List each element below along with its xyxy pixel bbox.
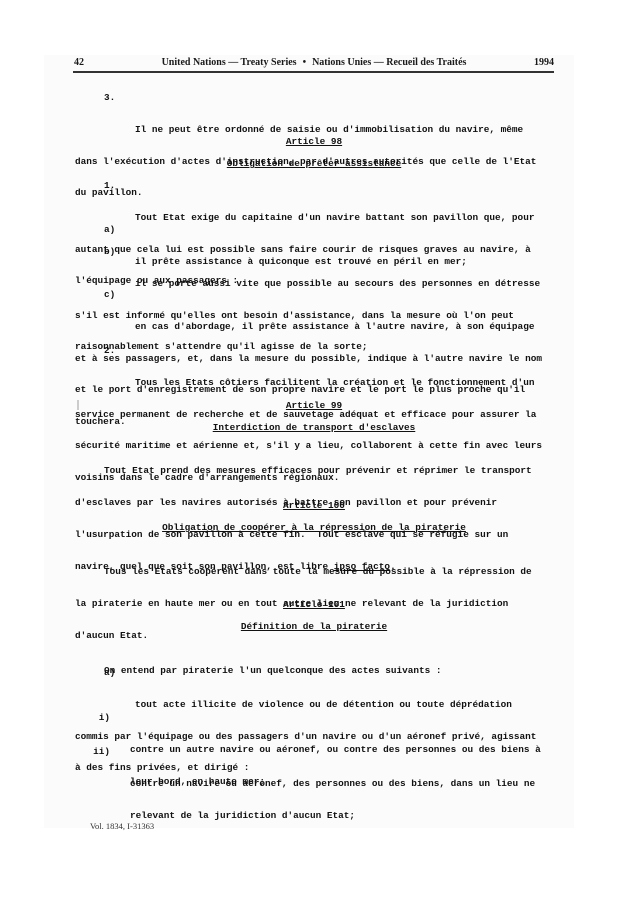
article-99-heading: Article 99 [286, 400, 342, 411]
running-header: 42 United Nations — Treaty Series•Nation… [74, 57, 554, 69]
paragraph-number: 2. [104, 346, 115, 357]
article-98-heading: Article 98 [286, 136, 342, 147]
series-title-en: United Nations — Treaty Series [162, 57, 297, 68]
item-label: i) [98, 713, 110, 724]
article-heading: Article 100 [75, 501, 553, 512]
paragraph-number: 3. [104, 93, 115, 104]
title-separator: • [297, 57, 313, 68]
text-line: il se porte aussi vite que possible au s… [75, 279, 540, 290]
item-label: a) [104, 225, 115, 236]
article-subheading: Obligation de coopérer à la répression d… [75, 523, 553, 534]
article-99-subheading: Interdiction de transport d'esclaves [213, 422, 416, 433]
text-line: relevant de la juridiction d'aucun Etat; [75, 811, 535, 822]
article-101-heading: Article 101 [283, 599, 345, 610]
item-label: b) [104, 247, 115, 258]
text-line: contre un navire ou aéronef, des personn… [75, 779, 535, 790]
text-line: en cas d'abordage, il prête assistance à… [75, 322, 542, 333]
item-ii: ii) contre un navire ou aéronef, des per… [75, 747, 535, 832]
text-line: Il ne peut être ordonné de saisie ou d'i… [75, 125, 536, 136]
article-subheading: Définition de la piraterie [75, 622, 553, 633]
article-heading: Article 98 [75, 137, 553, 148]
article-subheading: Obligation de prêter assistance [75, 159, 553, 170]
text-line: Tous les Etats coopèrent dans toute la m… [75, 567, 532, 578]
series-title: United Nations — Treaty Series•Nations U… [74, 57, 554, 68]
article-101-subheading: Définition de la piraterie [241, 621, 387, 632]
paragraph-number: 1. [104, 181, 115, 192]
text-line: Tous les Etats côtiers facilitent la cré… [75, 378, 542, 389]
article-100-heading: Article 100 [283, 500, 345, 511]
item-label: c) [104, 290, 115, 301]
text-line: tout acte illicite de violence ou de dét… [75, 700, 536, 711]
item-label: ii) [90, 747, 110, 758]
item-label: a) [104, 668, 115, 679]
text-line: Tout Etat prend des mesures efficaces po… [75, 466, 532, 477]
article-98-subheading: Obligation de prêter assistance [227, 158, 401, 169]
article-heading: Article 101 [75, 600, 553, 611]
series-title-fr: Nations Unies — Recueil des Traités [312, 57, 466, 68]
volume-reference: Vol. 1834, I-31363 [90, 821, 154, 831]
year: 1994 [534, 57, 554, 68]
article-100-subheading: Obligation de coopérer à la répression d… [162, 522, 466, 533]
header-rule [73, 71, 554, 73]
article-heading: Article 99 [75, 401, 553, 412]
article-subheading: Interdiction de transport d'esclaves [75, 423, 553, 434]
text-line: Tout Etat exige du capitaine d'un navire… [75, 213, 534, 224]
